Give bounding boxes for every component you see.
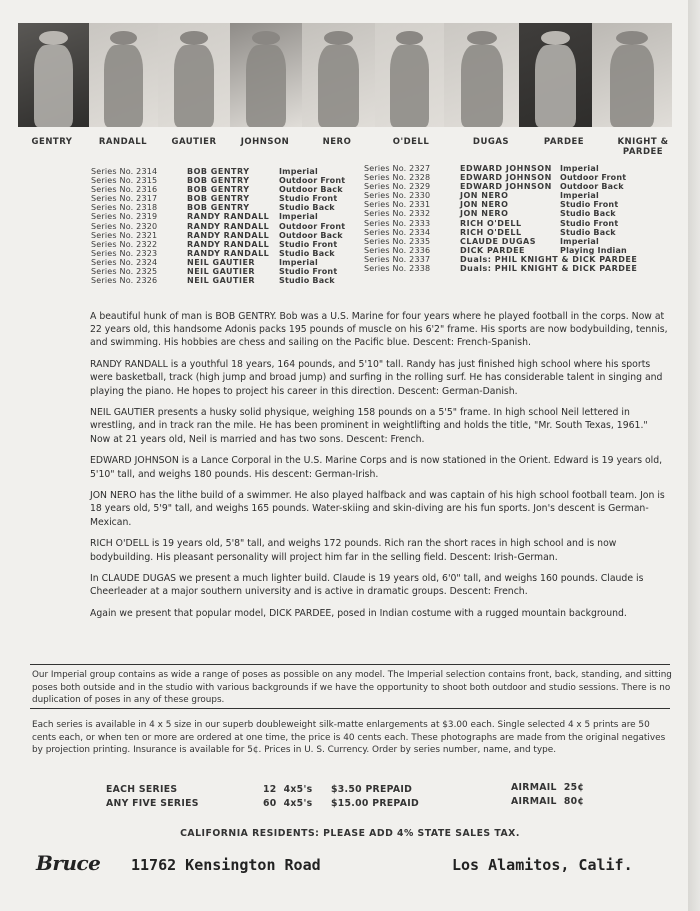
model-photo [592,23,672,127]
series-row: Series No. 2329EDWARD JOHNSONOutdoor Bac… [364,182,700,191]
price-item: EACH SERIES [106,784,177,795]
series-type: Outdoor Back [279,231,343,240]
photo-caption: JOHNSON [225,137,305,147]
series-number: Series No. 2317 [91,194,187,203]
series-number: Series No. 2319 [91,212,187,221]
series-type: Outdoor Back [279,185,343,194]
series-type: Outdoor Front [279,176,345,185]
series-model: RANDY RANDALL [187,249,279,258]
series-number: Series No. 2330 [364,191,460,200]
series-type: Studio Front [279,240,337,249]
series-row: Series No. 2319RANDY RANDALLImperial [91,212,345,221]
series-row: Series No. 2330JON NEROImperial [364,191,700,200]
price-amount: $3.50 PREPAID [331,784,412,795]
photo-caption: GENTRY [12,137,92,147]
series-type: Imperial [560,191,599,200]
series-row: Series No. 2323RANDY RANDALLStudio Back [91,249,345,258]
series-number: Series No. 2318 [91,203,187,212]
series-number: Series No. 2316 [91,185,187,194]
series-model: JON NERO [460,209,560,218]
price-qty: 60 4x5's [263,798,312,809]
series-model: CLAUDE DUGAS [460,237,560,246]
bio-paragraph: RICH O'DELL is 19 years old, 5'8" tall, … [90,537,670,563]
series-row: Series No. 2332JON NEROStudio Back [364,209,700,218]
series-row: Series No. 2334RICH O'DELLStudio Back [364,228,700,237]
photo-caption: NERO [297,137,377,147]
series-list-right: Series No. 2327EDWARD JOHNSONImperialSer… [364,164,700,273]
footer: Bruce 11762 Kensington Road Los Alamitos… [0,851,700,881]
price-item: ANY FIVE SERIES [106,798,199,809]
bio-paragraph: In CLAUDE DUGAS we present a much lighte… [90,572,670,598]
series-model: BOB GENTRY [187,194,279,203]
series-number: Series No. 2338 [364,264,460,273]
series-type: Outdoor Front [560,173,626,182]
series-number: Series No. 2327 [364,164,460,173]
series-row: Series No. 2331JON NEROStudio Front [364,200,700,209]
series-model: DICK PARDEE [460,246,560,255]
series-model: RANDY RANDALL [187,240,279,249]
series-row: Series No. 2324NEIL GAUTIERImperial [91,258,345,267]
series-type: Studio Front [279,267,337,276]
pricing-note: Each series is available in 4 x 5 size i… [32,719,672,757]
series-number: Series No. 2315 [91,176,187,185]
photo-caption: DUGAS [451,137,531,147]
series-list-left: Series No. 2314BOB GENTRYImperialSeries … [91,167,345,285]
series-number: Series No. 2322 [91,240,187,249]
series-type: Studio Back [560,228,616,237]
series-model: RICH O'DELL [460,219,560,228]
series-number: Series No. 2314 [91,167,187,176]
series-model: BOB GENTRY [187,203,279,212]
series-type: Studio Back [279,203,335,212]
series-number: Series No. 2326 [91,276,187,285]
series-type: Studio Back [279,276,335,285]
price-airmail: AIRMAIL 25¢ [511,782,584,793]
series-model: EDWARD JOHNSON [460,173,560,182]
model-photo [158,23,230,127]
series-type: Studio Front [279,194,337,203]
series-type: Imperial [279,212,318,221]
series-model: NEIL GAUTIER [187,276,279,285]
series-number: Series No. 2329 [364,182,460,191]
model-bios: A beautiful hunk of man is BOB GENTRY. B… [90,310,670,629]
series-model: JON NERO [460,200,560,209]
divider-bottom [30,708,670,709]
series-number: Series No. 2325 [91,267,187,276]
series-number: Series No. 2328 [364,173,460,182]
series-number: Series No. 2333 [364,219,460,228]
series-type: Imperial [279,258,318,267]
series-row: Series No. 2328EDWARD JOHNSONOutdoor Fro… [364,173,700,182]
series-model: BOB GENTRY [187,167,279,176]
bio-paragraph: JON NERO has the lithe build of a swimme… [90,489,670,529]
series-number: Series No. 2332 [364,209,460,218]
series-type: Studio Front [560,200,618,209]
series-type: Playing Indian [560,246,627,255]
series-row: Series No. 2326NEIL GAUTIERStudio Back [91,276,345,285]
series-type: Imperial [560,237,599,246]
photo-caption: KNIGHT & PARDEE [603,137,683,157]
model-photo [18,23,89,127]
series-row: Series No. 2338Duals: PHIL KNIGHT & DICK… [364,264,700,273]
price-amount: $15.00 PREPAID [331,798,419,809]
series-row: Series No. 2320RANDY RANDALLOutdoor Fron… [91,222,345,231]
series-model: NEIL GAUTIER [187,258,279,267]
street-address: 11762 Kensington Road [131,856,321,874]
series-row: Series No. 2333RICH O'DELLStudio Front [364,219,700,228]
model-photo [519,23,592,127]
series-row: Series No. 2337Duals: PHIL KNIGHT & DICK… [364,255,700,264]
series-model: BOB GENTRY [187,185,279,194]
bio-paragraph: RANDY RANDALL is a youthful 18 years, 16… [90,358,670,398]
series-type: Outdoor Back [560,182,624,191]
series-type: Imperial [279,167,318,176]
series-model: Duals: PHIL KNIGHT & DICK PARDEE [460,264,700,273]
model-photo [89,23,158,127]
bio-paragraph: EDWARD JOHNSON is a Lance Corporal in th… [90,454,670,480]
series-model: NEIL GAUTIER [187,267,279,276]
series-row: Series No. 2314BOB GENTRYImperial [91,167,345,176]
series-type: Imperial [560,164,599,173]
photo-caption: GAUTIER [154,137,234,147]
series-row: Series No. 2318BOB GENTRYStudio Back [91,203,345,212]
series-number: Series No. 2323 [91,249,187,258]
series-model: EDWARD JOHNSON [460,164,560,173]
bio-paragraph: NEIL GAUTIER presents a husky solid phys… [90,406,670,446]
bio-paragraph: A beautiful hunk of man is BOB GENTRY. B… [90,310,670,350]
series-number: Series No. 2336 [364,246,460,255]
series-model: EDWARD JOHNSON [460,182,560,191]
series-type: Studio Back [560,209,616,218]
series-model: RANDY RANDALL [187,212,279,221]
model-photo [230,23,302,127]
series-row: Series No. 2327EDWARD JOHNSONImperial [364,164,700,173]
model-photo [302,23,375,127]
photo-strip [18,23,672,127]
series-number: Series No. 2334 [364,228,460,237]
series-number: Series No. 2335 [364,237,460,246]
series-model: Duals: PHIL KNIGHT & DICK PARDEE [460,255,700,264]
series-model: RANDY RANDALL [187,231,279,240]
brand-logo: Bruce [36,851,100,875]
model-photo [444,23,519,127]
series-number: Series No. 2321 [91,231,187,240]
series-model: JON NERO [460,191,560,200]
city-address: Los Alamitos, Calif. [452,856,633,874]
series-number: Series No. 2337 [364,255,460,264]
series-number: Series No. 2324 [91,258,187,267]
series-row: Series No. 2321RANDY RANDALLOutdoor Back [91,231,345,240]
photo-caption: O'DELL [371,137,451,147]
price-qty: 12 4x5's [263,784,312,795]
series-row: Series No. 2317BOB GENTRYStudio Front [91,194,345,203]
series-row: Series No. 2316BOB GENTRYOutdoor Back [91,185,345,194]
series-type: Outdoor Front [279,222,345,231]
series-row: Series No. 2336DICK PARDEEPlaying Indian [364,246,700,255]
series-type: Studio Front [560,219,618,228]
series-model: RANDY RANDALL [187,222,279,231]
series-row: Series No. 2315BOB GENTRYOutdoor Front [91,176,345,185]
bio-paragraph: Again we present that popular model, DIC… [90,607,670,620]
series-row: Series No. 2322RANDY RANDALLStudio Front [91,240,345,249]
series-type: Studio Back [279,249,335,258]
series-number: Series No. 2331 [364,200,460,209]
model-photo [375,23,444,127]
imperial-note: Our Imperial group contains as wide a ra… [32,669,672,707]
series-row: Series No. 2335CLAUDE DUGASImperial [364,237,700,246]
series-number: Series No. 2320 [91,222,187,231]
price-airmail: AIRMAIL 80¢ [511,796,584,807]
divider-top [30,664,670,665]
photo-caption: RANDALL [83,137,163,147]
tax-note: CALIFORNIA RESIDENTS: PLEASE ADD 4% STAT… [0,828,700,839]
series-model: BOB GENTRY [187,176,279,185]
series-model: RICH O'DELL [460,228,560,237]
photo-caption: PARDEE [524,137,604,147]
photo-captions: GENTRYRANDALLGAUTIERJOHNSONNEROO'DELLDUG… [0,137,700,167]
series-row: Series No. 2325NEIL GAUTIERStudio Front [91,267,345,276]
